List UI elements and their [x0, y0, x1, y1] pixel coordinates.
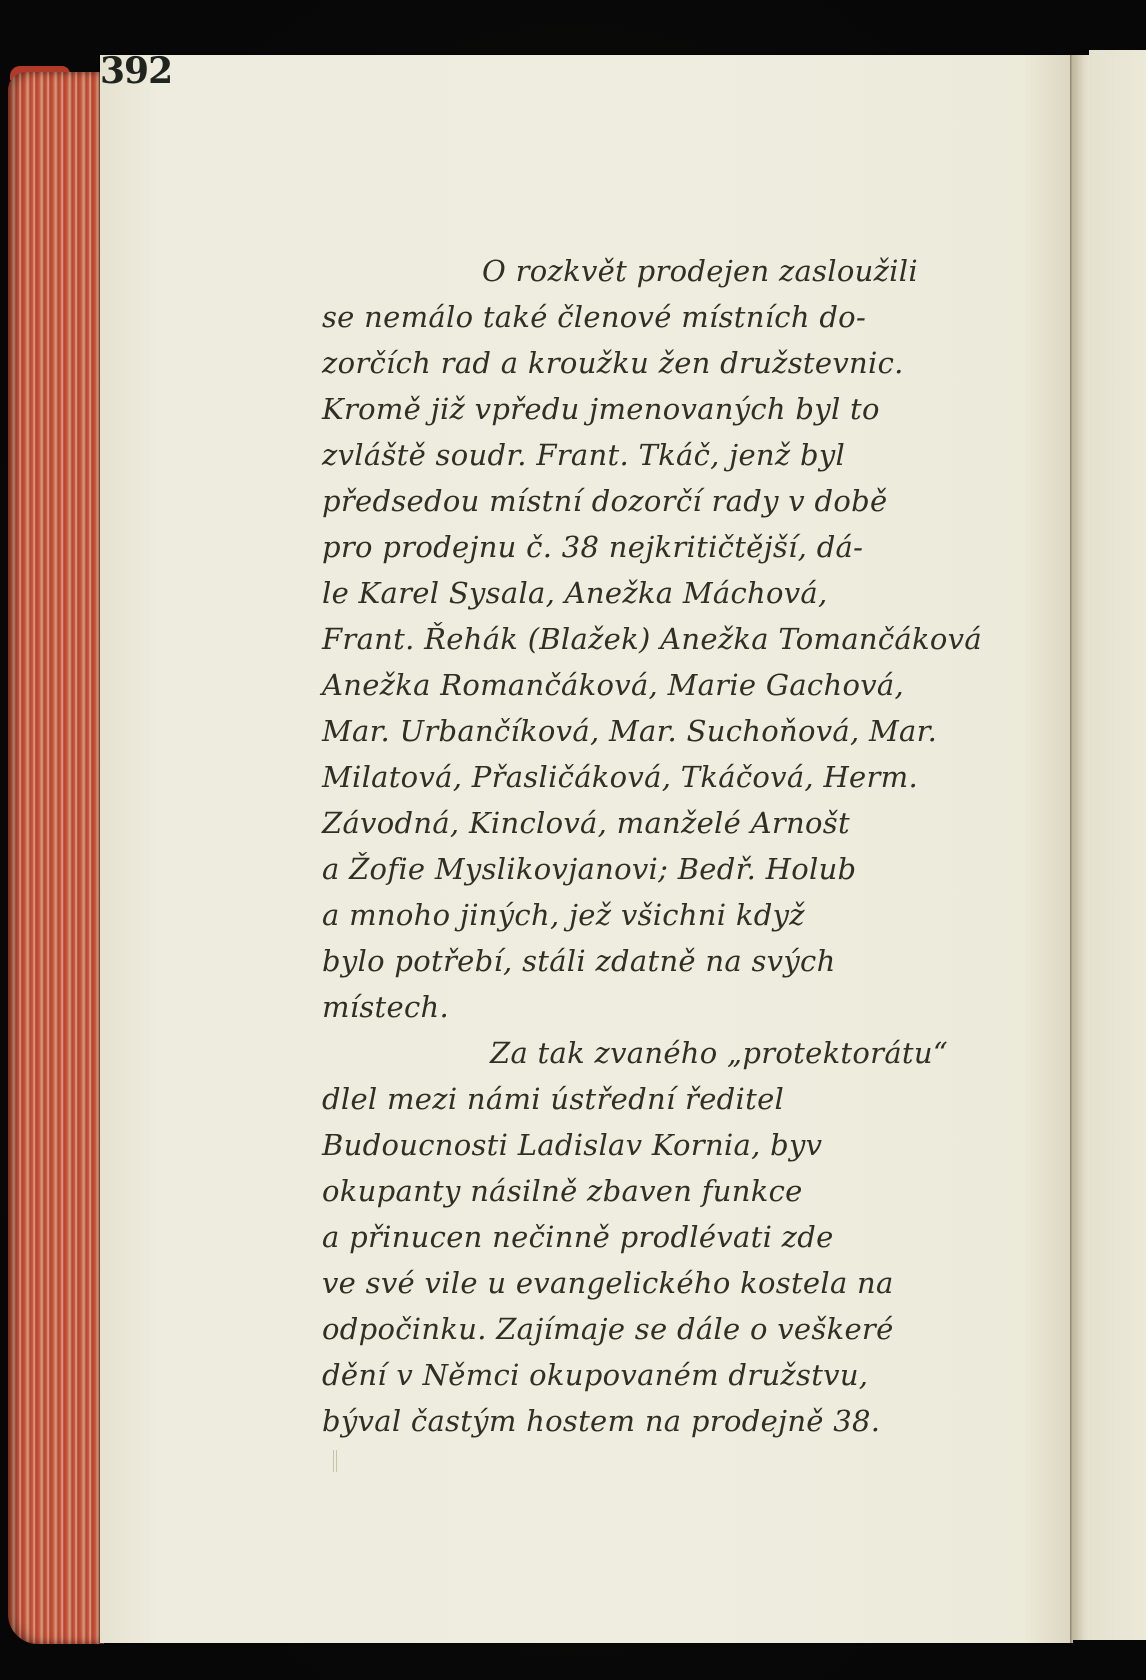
text-line: dlel mezi námi ústřední ředitel — [322, 1076, 1022, 1122]
text-line: Frant. Řehák (Blažek) Anežka Tomančáková — [322, 616, 1022, 662]
text-line: zorčích rad a kroužku žen družstevnic. — [322, 340, 1022, 386]
text-line: O rozkvět prodejen zasloužili — [322, 248, 1022, 294]
text-line: Anežka Romančáková, Marie Gachová, — [322, 662, 1022, 708]
handwritten-text: O rozkvět prodejen zasloužili se nemálo … — [322, 248, 1022, 1444]
text-line: ve své vile u evangelického kostela na — [322, 1260, 1022, 1306]
text-line: a přinucen nečinně prodlévati zde — [322, 1214, 1022, 1260]
text-line: pro prodejnu č. 38 nejkritičtější, dá- — [322, 524, 1022, 570]
text-line: a mnoho jiných, jež všichni když — [322, 892, 1022, 938]
text-line: le Karel Sysala, Anežka Máchová, — [322, 570, 1022, 616]
faint-pencil-mark — [333, 1450, 337, 1472]
text-line: dění v Němci okupovaném družstvu, — [322, 1352, 1022, 1398]
text-line: Závodná, Kinclová, manželé Arnošt — [322, 800, 1022, 846]
right-page — [1089, 50, 1146, 1640]
text-line: bylo potřebí, stáli zdatně na svých — [322, 938, 1022, 984]
text-line: Mar. Urbančíková, Mar. Suchoňová, Mar. — [322, 708, 1022, 754]
text-line: Budoucnosti Ladislav Kornia, byv — [322, 1122, 1022, 1168]
text-line: předsedou místní dozorčí rady v době — [322, 478, 1022, 524]
text-line: se nemálo také členové místních do- — [322, 294, 1022, 340]
text-line: místech. — [322, 984, 1022, 1030]
text-line: zvláště soudr. Frant. Tkáč, jenž byl — [322, 432, 1022, 478]
text-line: odpočinku. Zajímaje se dále o veškeré — [322, 1306, 1022, 1352]
page-number: 392 — [100, 50, 172, 92]
text-line: býval častým hostem na prodejně 38. — [322, 1398, 1022, 1444]
text-line: okupanty násilně zbaven funkce — [322, 1168, 1022, 1214]
book-gutter — [1073, 55, 1089, 1640]
book-fore-edge — [8, 72, 104, 1644]
text-line: Za tak zvaného „protektorátu“ — [322, 1030, 1022, 1076]
text-line: Kromě již vpředu jmenovaných byl to — [322, 386, 1022, 432]
text-line: a Žofie Myslikovjanovi; Bedř. Holub — [322, 846, 1022, 892]
text-line: Milatová, Přasličáková, Tkáčová, Herm. — [322, 754, 1022, 800]
